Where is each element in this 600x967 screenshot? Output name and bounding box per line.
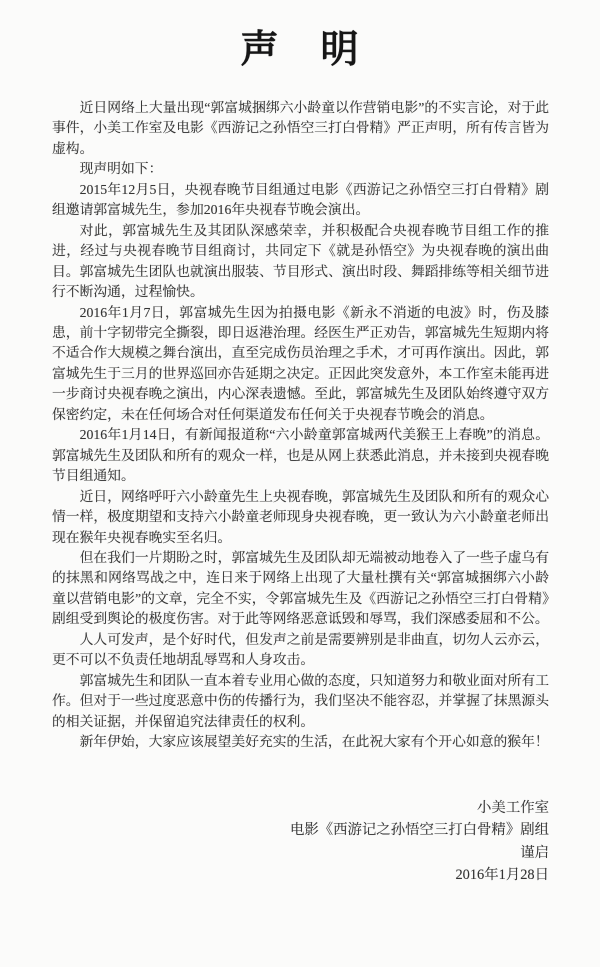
signature-film-crew: 电影《西游记之孙悟空三打白骨精》剧组 bbox=[52, 819, 549, 842]
paragraph-speech: 人人可发声，是个好时代，但发声之前是需要辨别是非曲直，切勿人云亦云，更不可以不负… bbox=[52, 630, 549, 671]
paragraph-intro: 近日网络上大量出现“郭富城捆绑六小龄童以作营销电影”的不实言论，对于此事件，小美… bbox=[52, 98, 549, 159]
paragraph-injury: 2016年1月7日，郭富城先生因为拍摄电影《新永不消逝的电波》时，伤及膝患，前十… bbox=[52, 303, 549, 426]
document-body: 近日网络上大量出现“郭富城捆绑六小龄童以作营销电影”的不实言论，对于此事件，小美… bbox=[52, 98, 549, 753]
paragraph-smear: 但在我们一片期盼之时，郭富城先生及团队却无端被动地卷入了一些子虚乌有的抹黑和网络… bbox=[52, 548, 549, 630]
statement-document: 声 明 近日网络上大量出现“郭富城捆绑六小龄童以作营销电影”的不实言论，对于此事… bbox=[0, 0, 600, 967]
signature-studio: 小美工作室 bbox=[52, 797, 549, 820]
paragraph-support: 近日，网络呼吁六小龄童先生上央视春晚，郭富城先生及团队和所有的观众心情一样，极度… bbox=[52, 487, 549, 548]
paragraph-declaration-lead: 现声明如下： bbox=[52, 159, 549, 179]
paragraph-legal: 郭富城先生和团队一直本着专业用心做的态度，只知道努力和敬业面对所有工作。但对于一… bbox=[52, 671, 549, 732]
paragraph-news-report: 2016年1月14日，有新闻报道称“六小龄童郭富城两代美猴王上春晚”的消息。郭富… bbox=[52, 425, 549, 486]
paragraph-newyear-wish: 新年伊始，大家应该展望美好充实的生活，在此祝大家有个开心如意的猴年！ bbox=[52, 732, 549, 752]
document-title: 声 明 bbox=[52, 20, 549, 72]
signature-date: 2016年1月28日 bbox=[52, 864, 549, 887]
signature-block: 小美工作室 电影《西游记之孙悟空三打白骨精》剧组 谨启 2016年1月28日 bbox=[52, 797, 549, 887]
paragraph-invitation: 2015年12月5日，央视春晚节目组通过电影《西游记之孙悟空三打白骨精》剧组邀请… bbox=[52, 180, 549, 221]
signature-salutation: 谨启 bbox=[52, 842, 549, 865]
paragraph-cooperation: 对此，郭富城先生及其团队深感荣幸，并积极配合央视春晚节目组工作的推进，经过与央视… bbox=[52, 221, 549, 303]
